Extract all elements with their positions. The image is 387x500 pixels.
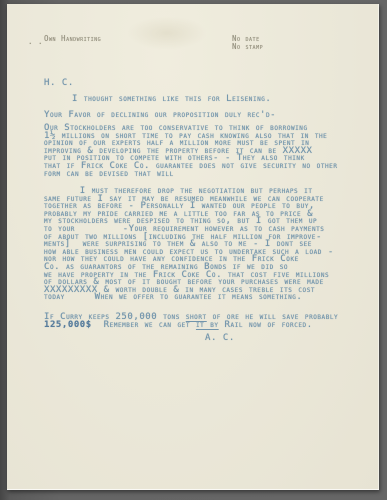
curry-text-3: Remember we can get [92,320,196,330]
curry-itby-underlined: it by [196,320,219,330]
no-stamp-annotation: No stamp [232,43,263,51]
stockholders-paragraph: Our Stockholders are too conservative to… [44,125,337,178]
signature-initials: A. C. [205,335,235,343]
negotiation-paragraph: I must therefore drop the negotiation bu… [44,188,334,302]
reply-acknowledgement-line: Your Favor of declining our proposition … [44,112,276,120]
salutation: H. C. [44,80,74,88]
curry-paragraph: If Curry keeps 250,000 tons short of ore… [44,314,338,329]
paper-stain [127,16,207,50]
scan-background: . . Own Handwriting No date No stamp H. … [0,0,387,500]
handwriting-annotation: Own Handwriting [44,35,101,43]
letter-page: . . Own Handwriting No date No stamp H. … [7,4,379,490]
pencil-dots: . . [28,38,43,46]
curry-amount: 125,000$ [44,320,92,330]
curry-text-4: Rail now of forced. [219,320,313,330]
opening-line: I thought something like this for Leisen… [72,96,271,104]
